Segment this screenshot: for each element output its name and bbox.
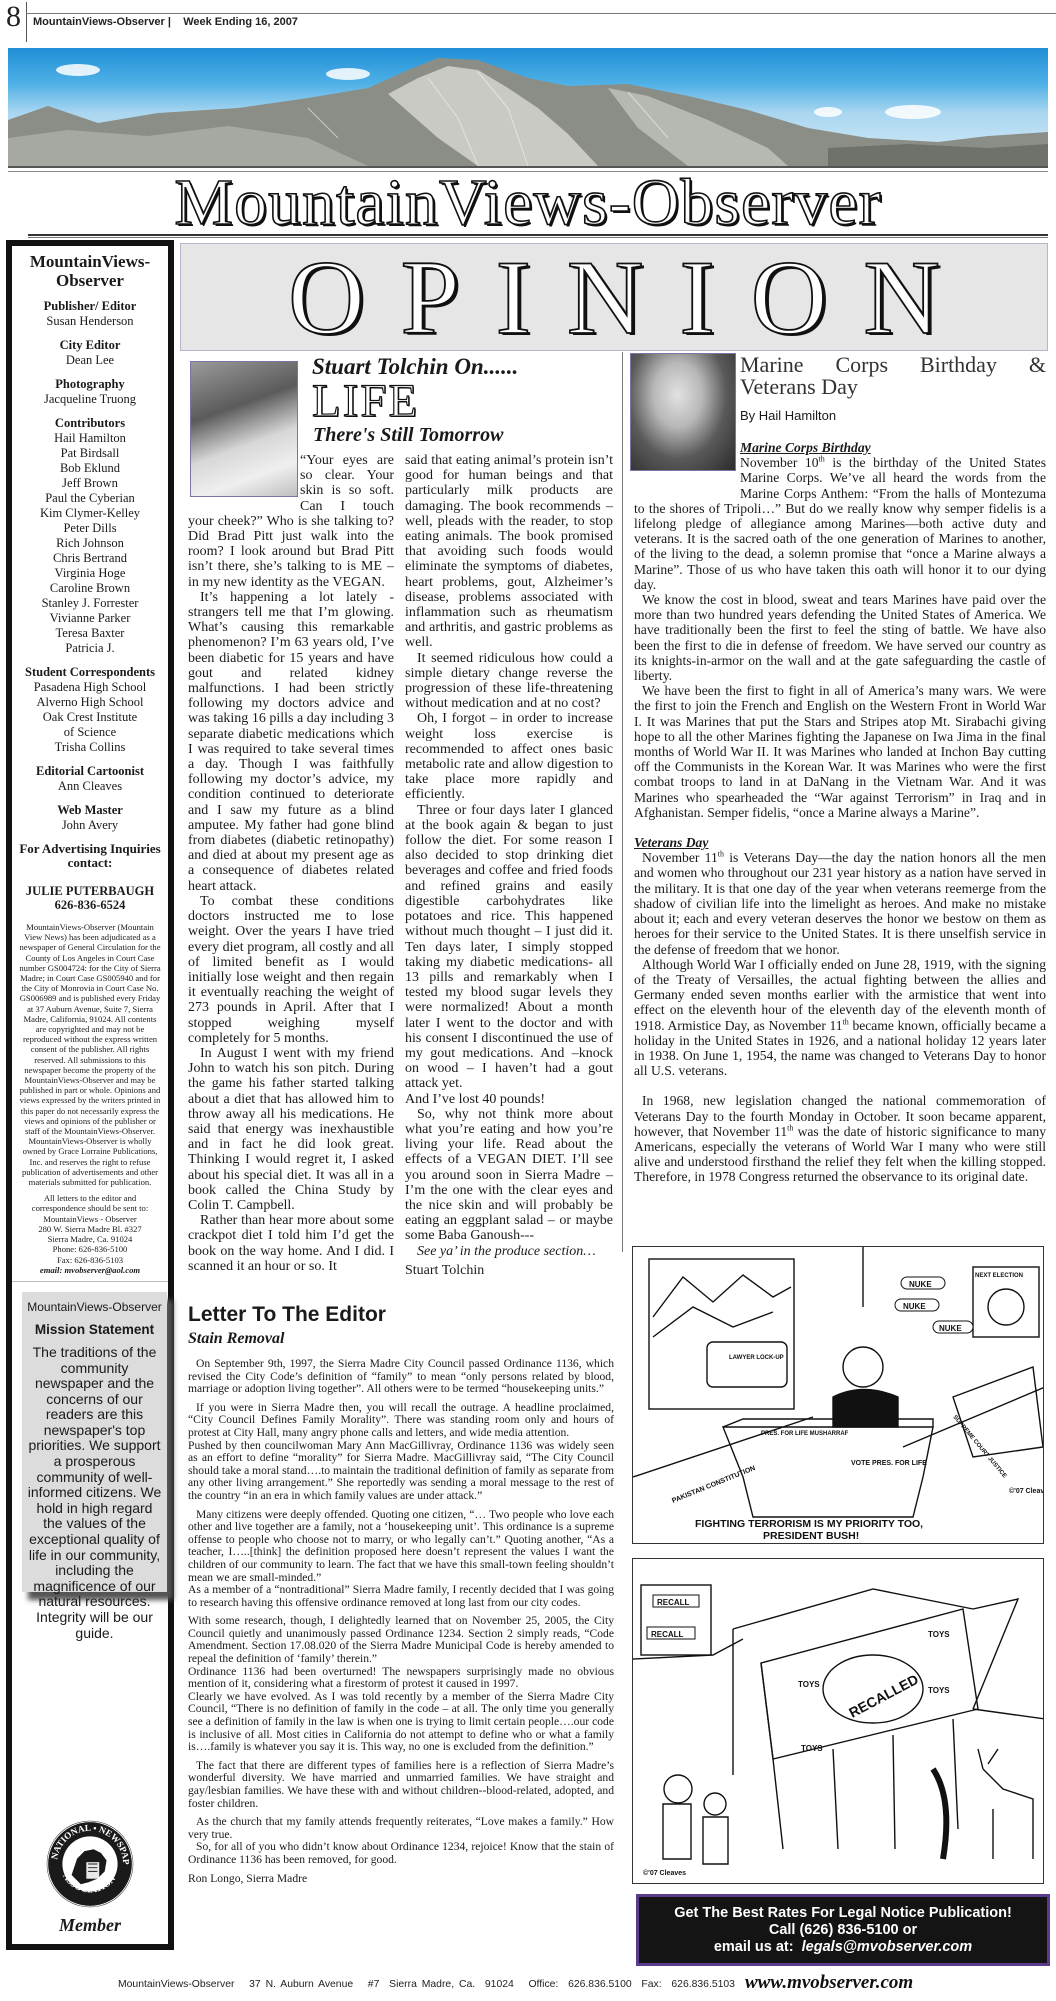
staff-name: Bob Eklund (16, 461, 164, 476)
paragraph: To combat these conditions doctors instr… (188, 894, 394, 1046)
svg-text:VOTE PRES. FOR LIFE: VOTE PRES. FOR LIFE (851, 1460, 927, 1467)
svg-text:NUKE: NUKE (909, 1280, 932, 1289)
paragraph: On September 9th, 1997, the Sierra Madre… (188, 1358, 614, 1396)
paragraph: It’s happening a lot lately - strangers … (188, 590, 394, 894)
staff-role-label: Publisher/ Editor (16, 299, 164, 314)
mountain-banner-image (8, 48, 1048, 166)
svg-text:©'07 Cleaves: ©'07 Cleaves (643, 1869, 686, 1877)
staff-name: Hail Hamilton (16, 431, 164, 446)
paragraph: Many citizens were deeply offended. Quot… (188, 1509, 614, 1585)
paragraph: If you were in Sierra Madre then, you wi… (188, 1402, 614, 1440)
legal-ad-line1: Get The Best Rates For Legal Notice Publ… (639, 1905, 1047, 1922)
letters-intro: All letters to the editor and correspond… (16, 1193, 164, 1213)
staff-name: Peter Dills (16, 521, 164, 536)
svg-text:NEXT ELECTION: NEXT ELECTION (975, 1273, 1023, 1279)
staff-name: Kim Clymer-Kelley (16, 506, 164, 521)
staff-name: Rich Johnson (16, 536, 164, 551)
svg-text:TOYS: TOYS (928, 1686, 950, 1695)
paragraph: In August I went with my friend John to … (188, 1046, 394, 1213)
svg-text:NUKE: NUKE (939, 1324, 962, 1333)
mission-org: MountainViews-Observer (22, 1300, 167, 1314)
svg-text:TOYS: TOYS (798, 1680, 820, 1689)
footer-website-link[interactable]: www.mvobserver.com (745, 1972, 913, 1994)
letter-signature: Ron Longo, Sierra Madre (188, 1873, 614, 1886)
staff-name: Oak Crest Institute (16, 710, 164, 725)
svg-text:SUPREME COURT JUSTICE: SUPREME COURT JUSTICE (951, 1414, 1007, 1479)
staff-group: City EditorDean Lee (16, 338, 164, 368)
svg-text:PRESIDENT BUSH!: PRESIDENT BUSH! (763, 1530, 859, 1542)
staff-name: Chris Bertrand (16, 551, 164, 566)
staff-name: Alverno High School (16, 695, 164, 710)
paragraph: So, for all of you who didn’t know about… (188, 1841, 614, 1866)
staff-group: Publisher/ EditorSusan Henderson (16, 299, 164, 329)
paragraph: Oh, I forgot – in order to increase weig… (405, 711, 613, 802)
svg-text:RECALL: RECALL (657, 1598, 690, 1607)
legal-ad-line2: Call (626) 836-5100 or (639, 1922, 1047, 1939)
letter-subheading: Stain Removal (188, 1330, 284, 1348)
staff-name: Stanley J. Forrester (16, 596, 164, 611)
svg-text:NUKE: NUKE (903, 1302, 926, 1311)
svg-text:©'07 Cleaves: ©'07 Cleaves (1009, 1487, 1044, 1495)
mission-statement-box: MountainViews-Observer Mission Statement… (12, 1286, 168, 1616)
paragraph: Ordinance 1136 had been overturned! The … (188, 1666, 614, 1691)
legal-notice: MountainViews-Observer (Mountain View Ne… (16, 922, 164, 1187)
tolchin-subtitle: There's Still Tomorrow (313, 424, 503, 447)
hamilton-title: Marine Corps Birthday & Veterans Day (740, 354, 1046, 398)
staff-group: Editorial CartoonistAnn Cleaves (16, 764, 164, 794)
staff-name: John Avery (16, 818, 164, 833)
mission-body: The traditions of the community newspape… (22, 1345, 167, 1641)
nna-member-badge: NATIONAL • NEWSPAPER • ASSOCIATION Membe… (12, 1818, 168, 1936)
svg-text:PRES. FOR LIFE MUSHARRAF: PRES. FOR LIFE MUSHARRAF (761, 1431, 849, 1437)
sidebar-title-line1: MountainViews- (16, 252, 164, 271)
section-heading-veterans-day: Veterans Day (634, 835, 1046, 850)
paragraph: With some research, though, I delightedl… (188, 1615, 614, 1665)
editorial-cartoon-musharraf: NUKE NUKE NUKE NEXT ELECTION LAWYER LOCK… (632, 1246, 1044, 1544)
ad-contact-name: JULIE PUTERBAUGH (16, 884, 164, 898)
masthead-title: MountainViews-Observer (8, 170, 1048, 234)
tolchin-column-2: said that eating animal’s protein isn’t … (405, 453, 613, 1278)
paragraph: We have been the first to fight in all o… (634, 683, 1046, 820)
ad-contact: JULIE PUTERBAUGH 626-836-6524 (16, 884, 164, 912)
sidebar-title-line2: Observer (16, 271, 164, 290)
editorial-cartoon-recalled-toys: RECALL RECALL RECALLED TOYS TOYS TOYS TO… (632, 1558, 1044, 1884)
staff-name: Ann Cleaves (16, 779, 164, 794)
svg-text:RECALL: RECALL (651, 1630, 684, 1639)
mission-title: Mission Statement (22, 1322, 167, 1338)
staff-name: Susan Henderson (16, 314, 164, 329)
staff-name: Caroline Brown (16, 581, 164, 596)
advertising-label: For Advertising Inquiries contact: (16, 842, 164, 870)
paragraph: Rather than hear more about some crackpo… (188, 1213, 394, 1274)
sidebar-divider (12, 1281, 168, 1282)
header-divider (26, 2, 27, 42)
running-head-text: MountainViews-Observer | Week Ending 16,… (33, 16, 298, 28)
letters-address2: Sierra Madre, Ca. 91024 (16, 1234, 164, 1244)
paragraph: Three or four days later I glanced at th… (405, 803, 613, 1092)
paragraph: It seemed ridiculous how could a simple … (405, 651, 613, 712)
tolchin-author: Stuart Tolchin (405, 1263, 613, 1278)
paragraph: Clearly we have evolved. As I was told r… (188, 1691, 614, 1754)
hamilton-byline: By Hail Hamilton (740, 408, 836, 423)
member-label: Member (12, 1915, 168, 1936)
staff-name: Paul the Cyberian (16, 491, 164, 506)
letters-fax: Fax: 626-836-5103 (16, 1255, 164, 1265)
header-rule (26, 13, 1056, 14)
paragraph: And I’ve lost 40 pounds! (405, 1092, 613, 1107)
staff-role-label: Student Correspondents (16, 665, 164, 680)
letters-email[interactable]: email: mvobserver@aol.com (16, 1265, 164, 1275)
staff-role-label: City Editor (16, 338, 164, 353)
svg-text:TOYS: TOYS (801, 1744, 823, 1753)
staff-name: of Science (16, 725, 164, 740)
paragraph: In 1968, new legislation changed the nat… (634, 1093, 1046, 1184)
paragraph: said that eating animal’s protein isn’t … (405, 453, 613, 651)
staff-role-label: Photography (16, 377, 164, 392)
tolchin-title: LIFE (312, 378, 419, 424)
paragraph: Pushed by then councilwoman Mary Ann Mac… (188, 1440, 614, 1503)
paragraph: As the church that my family attends fre… (188, 1816, 614, 1841)
sidebar-title: MountainViews- Observer (16, 252, 164, 290)
page-footer: MountainViews-Observer 37 N. Auburn Aven… (0, 1972, 1056, 1998)
letter-body: On September 9th, 1997, the Sierra Madre… (188, 1358, 614, 1885)
staff-role-label: Web Master (16, 803, 164, 818)
staff-name: Vivianne Parker (16, 611, 164, 626)
photo-wrap-spacer (634, 440, 740, 490)
svg-text:LAWYER LOCK-UP: LAWYER LOCK-UP (729, 1355, 784, 1361)
paragraph: As a member of a “nontraditional” Sierra… (188, 1584, 614, 1609)
legal-ad-email-link[interactable]: legals@mvobserver.com (802, 1939, 973, 1955)
legal-notice-ad[interactable]: Get The Best Rates For Legal Notice Publ… (636, 1894, 1050, 1966)
running-header: 8 MountainViews-Observer | Week Ending 1… (0, 0, 1056, 44)
letters-address: All letters to the editor and correspond… (16, 1193, 164, 1275)
staff-group: Web MasterJohn Avery (16, 803, 164, 833)
svg-text:PAKISTAN CONSTITUTION: PAKISTAN CONSTITUTION (671, 1465, 756, 1505)
staff-name: Virginia Hoge (16, 566, 164, 581)
footer-contact-info: MountainViews-Observer 37 N. Auburn Aven… (118, 1979, 735, 1990)
recalled-label: RECALLED (846, 1671, 921, 1721)
tolchin-signoff: See ya’ in the produce section… (405, 1244, 613, 1259)
staff-name: Teresa Baxter (16, 626, 164, 641)
staff-name: Patricia J. (16, 641, 164, 656)
staff-name: Pasadena High School (16, 680, 164, 695)
legal-ad-line3: email us at: legals@mvobserver.com (639, 1939, 1047, 1956)
letters-address1: 280 W. Sierra Madre Bl. #327 (16, 1224, 164, 1234)
staff-group: ContributorsHail HamiltonPat BirdsallBob… (16, 416, 164, 656)
paragraph: So, why not think more about what you’re… (405, 1107, 613, 1244)
ad-contact-phone: 626-836-6524 (16, 898, 164, 912)
staff-sidebar: MountainViews- Observer Publisher/ Edito… (6, 240, 174, 1950)
paragraph: November 11th is Veterans Day—the day th… (634, 850, 1046, 956)
tolchin-column-1: “Your eyes are so clear. Your skin is so… (188, 453, 394, 1274)
letters-phone: Phone: 626-836-5100 (16, 1244, 164, 1254)
staff-group: Student CorrespondentsPasadena High Scho… (16, 665, 164, 755)
letter-heading: Letter To The Editor (188, 1303, 386, 1327)
paragraph: Although World War I officially ended on… (634, 957, 1046, 1079)
staff-role-label: Contributors (16, 416, 164, 431)
staff-role-label: Editorial Cartoonist (16, 764, 164, 779)
staff-name: Jacqueline Truong (16, 392, 164, 407)
letters-org: MountainViews - Observer (16, 1214, 164, 1224)
photo-wrap-spacer (188, 453, 300, 501)
paragraph: The fact that there are different types … (188, 1760, 614, 1810)
mission-card: MountainViews-Observer Mission Statement… (22, 1292, 167, 1592)
section-title-opinion: OPINION (180, 243, 1048, 351)
staff-group: PhotographyJacqueline Truong (16, 377, 164, 407)
svg-text:TOYS: TOYS (928, 1630, 950, 1639)
staff-list: Publisher/ EditorSusan HendersonCity Edi… (16, 299, 164, 833)
staff-name: Dean Lee (16, 353, 164, 368)
staff-name: Jeff Brown (16, 476, 164, 491)
cartoon-caption: FIGHTING TERRORISM IS MY PRIORITY TOO, (695, 1518, 923, 1530)
staff-name: Trisha Collins (16, 740, 164, 755)
column-divider (622, 352, 623, 1252)
hamilton-body: Marine Corps Birthday November 10th is t… (634, 440, 1046, 1185)
staff-name: Pat Birdsall (16, 446, 164, 461)
paragraph: We know the cost in blood, sweat and tea… (634, 592, 1046, 683)
page-number: 8 (6, 2, 21, 32)
masthead-rule (28, 234, 1048, 238)
nna-seal-icon: NATIONAL • NEWSPAPER • ASSOCIATION (44, 1818, 136, 1910)
